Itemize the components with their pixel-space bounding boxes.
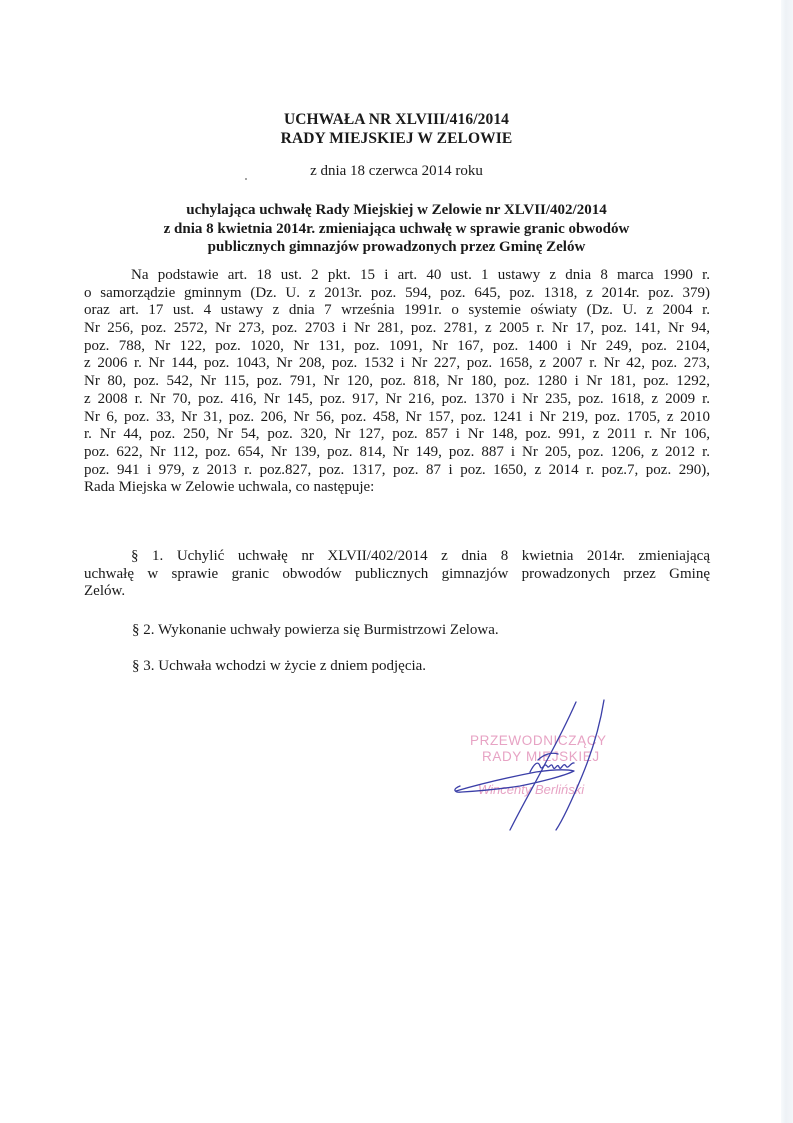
handwritten-signature-icon — [440, 690, 640, 840]
legal-basis-line: Nr 256, poz. 2572, Nr 273, poz. 2703 i N… — [84, 320, 710, 338]
legal-basis-line: poz. 788, Nr 122, poz. 1020, Nr 131, poz… — [84, 338, 710, 356]
subject-line: uchylająca uchwałę Rady Miejskiej w Zelo… — [0, 201, 793, 220]
section-1-line: Zelów. — [84, 582, 710, 600]
legal-basis-line: Nr 80, poz. 542, Nr 115, poz. 791, Nr 12… — [84, 373, 710, 391]
council-name: RADY MIEJSKIEJ W ZELOWIE — [0, 129, 793, 148]
scan-speck — [245, 178, 247, 180]
section-1-paragraph: § 1. Uchylić uchwałę nr XLVII/402/2014 z… — [84, 547, 710, 600]
legal-basis-line: r. Nr 44, poz. 250, Nr 54, poz. 320, Nr … — [84, 426, 710, 444]
section-1-line: § 1. Uchylić uchwałę nr XLVII/402/2014 z… — [84, 547, 710, 565]
legal-basis-paragraph: Na podstawie art. 18 ust. 2 pkt. 15 i ar… — [84, 267, 710, 497]
resolution-date: z dnia 18 czerwca 2014 roku — [0, 162, 793, 180]
subject-line: publicznych gimnazjów prowadzonych przez… — [0, 238, 793, 257]
resolution-title: UCHWAŁA NR XLVIII/416/2014 — [0, 110, 793, 129]
subject-line: z dnia 8 kwietnia 2014r. zmieniająca uch… — [0, 220, 793, 239]
legal-basis-line: poz. 622, Nr 112, poz. 654, Nr 139, poz.… — [84, 444, 710, 462]
legal-basis-line: poz. 941 i 979, z 2013 r. poz.827, poz. … — [84, 462, 710, 480]
legal-basis-line: Na podstawie art. 18 ust. 2 pkt. 15 i ar… — [84, 267, 710, 285]
chairman-stamp: PRZEWODNICZĄCY RADY MIEJSKIEJ Wincenty B… — [440, 690, 640, 840]
legal-basis-line: Nr 6, poz. 33, Nr 31, poz. 206, Nr 56, p… — [84, 409, 710, 427]
legal-basis-line: z 2006 r. Nr 144, poz. 1043, Nr 208, poz… — [84, 355, 710, 373]
legal-basis-line: z 2008 r. Nr 70, poz. 416, Nr 145, poz. … — [84, 391, 710, 409]
section-1-line: uchwałę w sprawie granic obwodów publicz… — [84, 565, 710, 583]
section-2-paragraph: § 2. Wykonanie uchwały powierza się Burm… — [132, 621, 499, 639]
section-3-paragraph: § 3. Uchwała wchodzi w życie z dniem pod… — [132, 657, 426, 675]
resolution-page: UCHWAŁA NR XLVIII/416/2014 RADY MIEJSKIE… — [0, 0, 793, 1123]
legal-basis-line: oraz art. 17 ust. 4 ustawy z dnia 7 wrze… — [84, 302, 710, 320]
legal-basis-line: o samorządzie gminnym (Dz. U. z 2013r. p… — [84, 285, 710, 303]
legal-basis-line: Rada Miejska w Zelowie uchwala, co nastę… — [84, 479, 710, 497]
